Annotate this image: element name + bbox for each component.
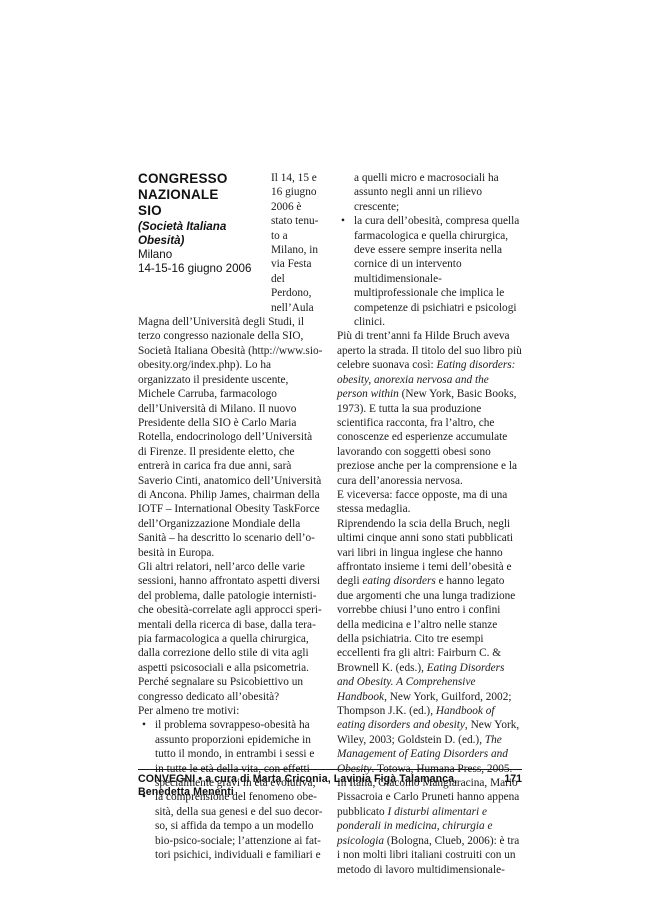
footer-section-authors: CONVEGNI • a cura di Marta Criconia, Lav…: [138, 773, 504, 799]
page-number: 171: [504, 773, 522, 786]
page-footer: CONVEGNI • a cura di Marta Criconia, Lav…: [138, 769, 522, 799]
article-title-line: CONGRESSO: [138, 171, 271, 187]
article-header: CONGRESSO NAZIONALE SIO (Società Italian…: [138, 171, 271, 304]
bullet-continuation-text: a quelli micro e macrosociali ha assunto…: [337, 171, 522, 214]
article-subtitle: (Società Italiana Obesità): [138, 220, 271, 248]
paragraph-viceversa: E viceversa: facce opposte, ma di una st…: [337, 488, 522, 517]
footer-row: CONVEGNI • a cura di Marta Criconia, Lav…: [138, 773, 522, 799]
bullet-text: la comprensione del fenomeno obe­sità, d…: [155, 791, 323, 861]
bullet-text: la cura dell’obesità, compresa quella fa…: [354, 215, 519, 328]
article-city: Milano: [138, 248, 271, 262]
article-dates: 14-15-16 giugno 2006: [138, 262, 271, 276]
paragraph-bruch: Più di trent’anni fa Hilde Bruch aveva a…: [337, 329, 522, 487]
article-title-line: NAZIONALE: [138, 187, 271, 203]
paragraph-books: Riprendendo la scia della Bruch, negli u…: [337, 517, 522, 877]
document-page: CONGRESSO NAZIONALE SIO (Società Italian…: [0, 0, 650, 919]
bullet-icon: •: [341, 214, 345, 228]
paragraph-motives-lead: Per almeno tre motivi:: [138, 704, 323, 718]
motives-list-continued: • la cura dell’obesità, compresa quella …: [337, 214, 522, 329]
article-title-line: SIO: [138, 203, 271, 219]
list-item: • la comprensione del fenomeno obe­sità,…: [138, 790, 323, 862]
footer-rule: [138, 769, 522, 770]
paragraph-speakers: Gli altri relatori, nell’arco delle vari…: [138, 560, 323, 704]
list-item: • la cura dell’obesità, compresa quella …: [337, 214, 522, 329]
bullet-icon: •: [142, 718, 146, 732]
